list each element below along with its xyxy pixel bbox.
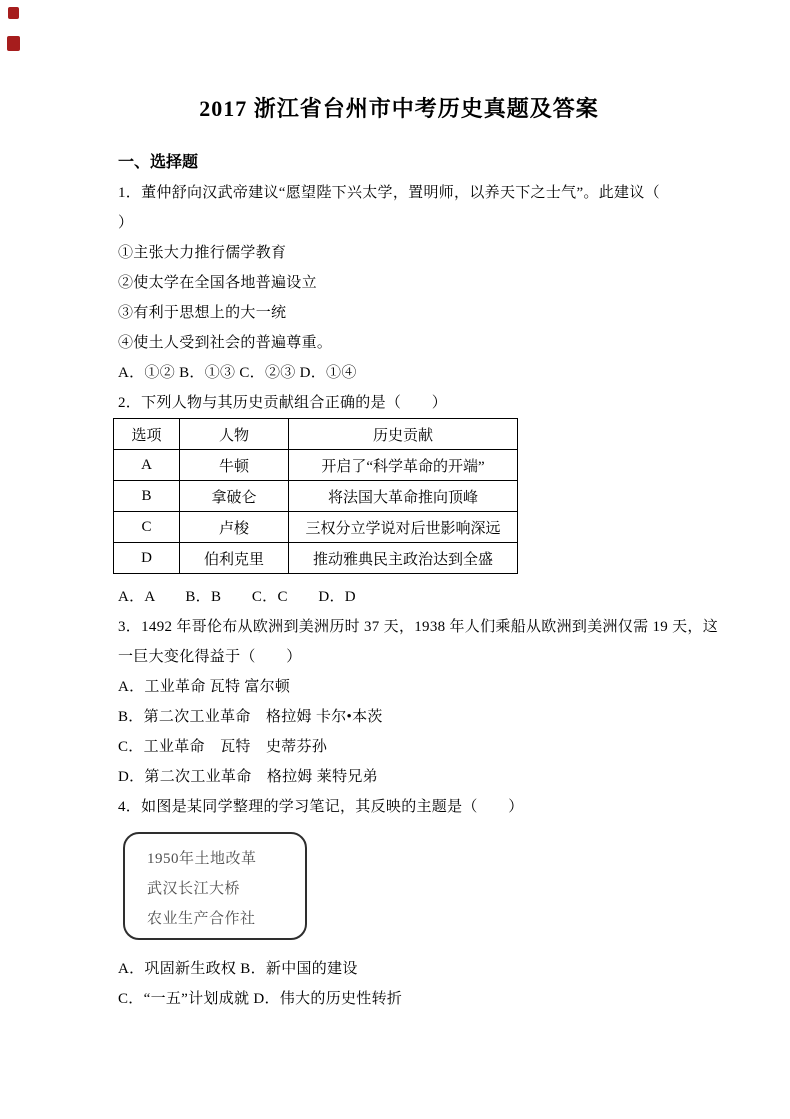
table-row: A 牛顿 开启了“科学革命的开端”: [114, 450, 518, 481]
table-cell-person: 卢梭: [180, 512, 289, 543]
table-cell-contribution: 开启了“科学革命的开端”: [289, 450, 518, 481]
question-1-item-3: ③有利于思想上的大一统: [118, 298, 680, 328]
question-4-stem: 4．如图是某同学整理的学习笔记，其反映的主题是（ ）: [118, 792, 680, 822]
table-cell-contribution: 三权分立学说对后世影响深远: [289, 512, 518, 543]
table-cell-contribution: 推动雅典民主政治达到全盛: [289, 543, 518, 574]
table-row: D 伯利克里 推动雅典民主政治达到全盛: [114, 543, 518, 574]
question-3-option-d: D．第二次工业革命 格拉姆 莱特兄弟: [118, 762, 680, 792]
question-1-item-1: ①主张大力推行儒学教育: [118, 238, 680, 268]
table-header-contribution: 历史贡献: [289, 419, 518, 450]
table-header-person: 人物: [180, 419, 289, 450]
question-3-option-b: B．第二次工业革命 格拉姆 卡尔•本茨: [118, 702, 680, 732]
question-1-item-2: ②使太学在全国各地普遍设立: [118, 268, 680, 298]
question-2-options: A．A B．B C．C D．D: [118, 582, 680, 612]
table-cell-option: B: [114, 481, 180, 512]
table-row: B 拿破仑 将法国大革命推向顶峰: [114, 481, 518, 512]
red-stamp-icon: [7, 36, 20, 51]
table-cell-person: 拿破仑: [180, 481, 289, 512]
question-1-stem: 1．董仲舒向汉武帝建议“愿望陛下兴太学，置明师，以养天下之士气”。此建议（: [118, 178, 680, 208]
document-page: 2017 浙江省台州市中考历史真题及答案 一、选择题 1．董仲舒向汉武帝建议“愿…: [0, 0, 790, 1014]
question-3-option-c: C．工业革命 瓦特 史蒂芬孙: [118, 732, 680, 762]
table-header-option: 选项: [114, 419, 180, 450]
table-cell-option: A: [114, 450, 180, 481]
question-3-option-a: A．工业革命 瓦特 富尔顿: [118, 672, 680, 702]
question-2-stem: 2．下列人物与其历史贡献组合正确的是（ ）: [118, 388, 680, 418]
study-notes-box: 1950年土地改革 武汉长江大桥 农业生产合作社: [123, 832, 307, 940]
table-cell-option: D: [114, 543, 180, 574]
red-stamp-icon: [8, 7, 19, 19]
note-line-1: 1950年土地改革: [147, 844, 305, 874]
table-row: C 卢梭 三权分立学说对后世影响深远: [114, 512, 518, 543]
table-cell-person: 牛顿: [180, 450, 289, 481]
question-3-stem: 3．1492 年哥伦布从欧洲到美洲历时 37 天，1938 年人们乘船从欧洲到美…: [118, 612, 680, 642]
question-1-options: A．①② B．①③ C．②③ D．①④: [118, 358, 680, 388]
question-4-options-cd: C．“一五”计划成就 D．伟大的历史性转折: [118, 984, 680, 1014]
question-3-stem-continued: 一巨大变化得益于（ ）: [118, 642, 680, 672]
question-2-table: 选项 人物 历史贡献 A 牛顿 开启了“科学革命的开端” B 拿破仑 将法国大革…: [113, 418, 518, 574]
table-cell-person: 伯利克里: [180, 543, 289, 574]
note-line-3: 农业生产合作社: [147, 904, 305, 934]
page-title: 2017 浙江省台州市中考历史真题及答案: [118, 94, 680, 124]
question-1-stem-continued: ）: [118, 208, 680, 238]
question-4-options-ab: A．巩固新生政权 B．新中国的建设: [118, 954, 680, 984]
note-line-2: 武汉长江大桥: [147, 874, 305, 904]
question-1-item-4: ④使土人受到社会的普遍尊重。: [118, 328, 680, 358]
section-heading: 一、选择题: [118, 148, 680, 178]
table-header-row: 选项 人物 历史贡献: [114, 419, 518, 450]
table-cell-option: C: [114, 512, 180, 543]
table-cell-contribution: 将法国大革命推向顶峰: [289, 481, 518, 512]
